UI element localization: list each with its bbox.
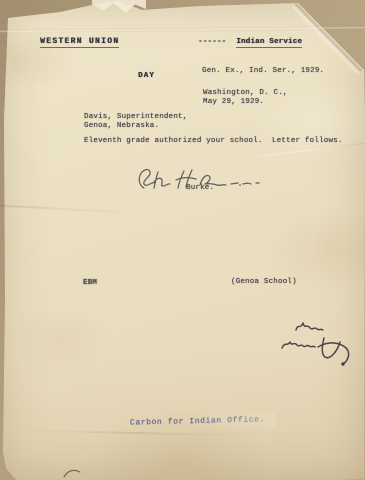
typist-initials: EBM [83, 279, 97, 288]
place-line: Washington, D. C., [203, 89, 288, 98]
school-reference: (Genoa School) [231, 278, 297, 287]
ink-dot [341, 362, 344, 365]
handwritten-signature [132, 164, 262, 200]
western-union-heading: WESTERN UNION [40, 37, 119, 47]
note-stroke [296, 323, 323, 330]
message-class-day: DAY [138, 72, 155, 81]
telegram-body-text: Eleventh grade authorized your school. L… [84, 137, 343, 146]
date-line: May 29, 1929. [203, 98, 264, 107]
addressee-name-line: Davis, Superintendent, [84, 113, 187, 122]
handwritten-note-meritt [274, 316, 359, 368]
scanned-telegram-page: WESTERN UNION ------Indian Service DAY G… [0, 0, 365, 480]
ink-dot [239, 184, 241, 186]
western-union-label: WESTERN UNION [40, 37, 119, 48]
pencil-stroke [64, 470, 80, 477]
note-stroke [318, 338, 349, 364]
signature-stroke [139, 170, 170, 188]
pencil-mark [60, 466, 84, 480]
addressee-place-line: Genoa, Nebraska. [84, 122, 159, 131]
typed-signature: Burke. [186, 184, 214, 193]
file-notation-line: Gen. Ex., Ind. Ser., 1929. [202, 67, 324, 76]
indian-service-heading: ------Indian Service [198, 38, 302, 47]
note-stroke [282, 342, 315, 348]
indian-service-label: Indian Service [236, 38, 302, 48]
separator-dashes: ------ [198, 38, 226, 46]
